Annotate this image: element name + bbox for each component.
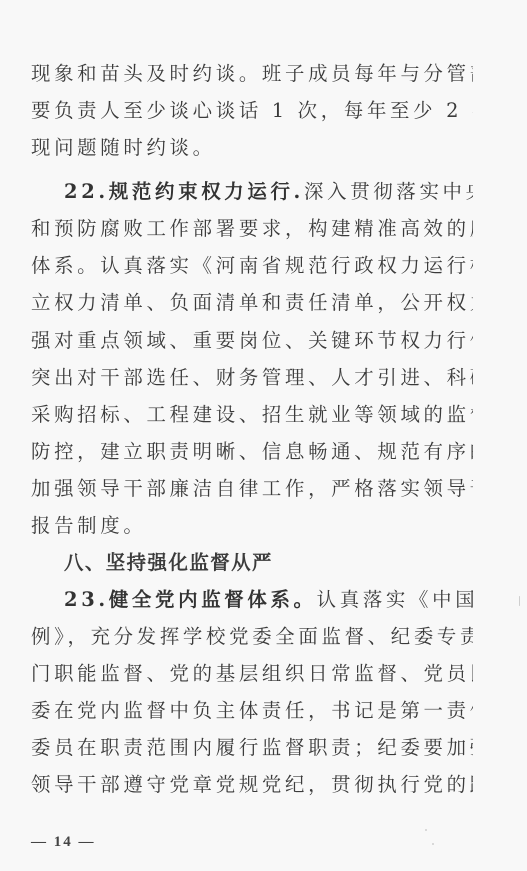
body-text-line: 现象和苗头及时约谈。班子成员每年与分管部门、联系部门主 <box>31 61 473 87</box>
document-page: 现象和苗头及时约谈。班子成员每年与分管部门、联系部门主 要负责人至少谈心谈话 1… <box>0 0 527 871</box>
body-text-line: 委员在职责范围内履行监督职责；纪委要加强对学校党组织和 <box>31 735 473 761</box>
section-heading: 八、坚持强化监督从严 <box>64 550 473 576</box>
item-22-first-line-text: 深入贯彻落实中央和省委关于惩治 <box>304 180 473 203</box>
body-text-line: 要负责人至少谈心谈话 1 次，每年至少 2 次听取专题汇报，发 <box>31 98 473 124</box>
body-text-line: 防控，建立职责明晰、信息畅通、规范有序的权力监督机制。 <box>31 439 473 465</box>
item-23-first-line-text: 认真落实《中国共产党党内监督条 <box>317 588 473 611</box>
body-text-line: 采购招标、工程建设、招生就业等领域的监督制约和廉政风险 <box>31 402 473 428</box>
body-text-line: 加强领导干部廉洁自律工作，严格落实领导干部个人重大事项 <box>31 476 473 502</box>
scan-speck <box>425 829 427 831</box>
item-22-title: 22.规范约束权力运行. <box>64 180 304 203</box>
body-text-line: 门职能监督、党的基层组织日常监督、党员民主监督作用。党 <box>31 661 473 687</box>
item-23-title: 23.健全党内监督体系。 <box>64 588 317 611</box>
item-22-first-line: 22.规范约束权力运行.深入贯彻落实中央和省委关于惩治 <box>64 179 473 205</box>
item-23-first-line: 23.健全党内监督体系。认真落实《中国共产党党内监督条 <box>64 587 473 613</box>
scan-speck <box>432 843 434 845</box>
body-text-line: 现问题随时约谈。 <box>31 135 473 161</box>
body-text-line: 突出对干部选任、财务管理、人才引进、科研经费、资产管理、 <box>31 365 473 391</box>
body-text-line: 领导干部遵守党章党规党纪，贯彻执行党的路线方针政策和中 <box>31 772 473 798</box>
body-text-line: 立权力清单、负面清单和责任清单，公开权力运行流程图。加 <box>31 290 473 316</box>
body-text-line: 强对重点领域、重要岗位、关键环节权力行使的制约和监督， <box>31 328 473 354</box>
body-text-line: 例》，充分发挥学校党委全面监督、纪委专责监督、党的工作部 <box>31 624 473 650</box>
body-text-line: 体系。认真落实《河南省规范行政权力运行机制暂行办法》，建 <box>31 253 473 279</box>
body-text-line: 报告制度。 <box>31 513 473 539</box>
body-text-line: 和预防腐败工作部署要求，构建精准高效的廉政风险预警防控 <box>31 216 473 242</box>
page-number: — 14 — <box>31 832 96 852</box>
scan-speck <box>519 596 520 606</box>
body-text-line: 委在党内监督中负主体责任，书记是第一责任人，党的委员会 <box>31 698 473 724</box>
